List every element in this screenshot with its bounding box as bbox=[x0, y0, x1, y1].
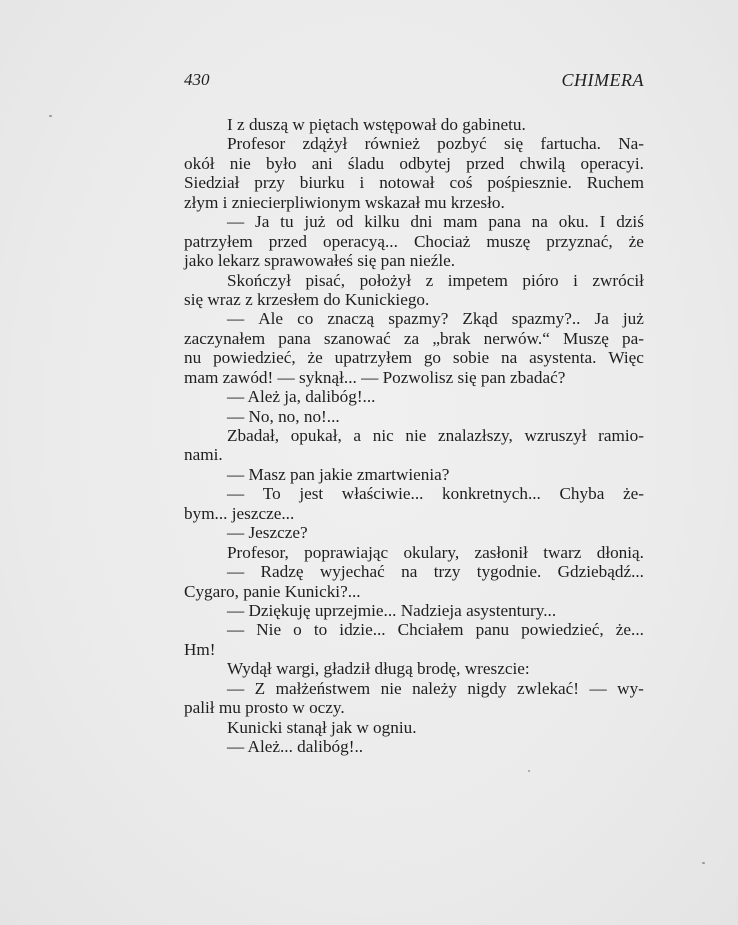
text-line-content: bym... jeszcze... bbox=[184, 504, 294, 523]
word: Gdziebądź... bbox=[558, 562, 644, 581]
word: Ja bbox=[255, 212, 269, 231]
word: Nie bbox=[256, 620, 281, 639]
word: przyznać, bbox=[546, 232, 612, 251]
word: zwrócił bbox=[592, 271, 644, 290]
text-line: się wraz z krzesłem do Kunickiego. bbox=[184, 290, 644, 309]
text-line: — Ależ ja, dalibóg!... bbox=[184, 387, 644, 406]
word: nic bbox=[373, 426, 394, 445]
word: ani bbox=[312, 154, 333, 173]
word: nu bbox=[184, 348, 201, 367]
word: co bbox=[297, 309, 313, 328]
word: Zbadał, bbox=[227, 426, 279, 445]
running-head: 430 CHIMERA bbox=[184, 70, 644, 94]
word: powiedzieć, bbox=[521, 620, 604, 639]
text-line: — Jeszcze? bbox=[184, 523, 644, 542]
paper-speck bbox=[49, 115, 52, 117]
text-line-content: Hm! bbox=[184, 640, 216, 659]
word: — bbox=[590, 679, 607, 698]
word: pana bbox=[488, 212, 520, 231]
word: na bbox=[401, 562, 417, 581]
text-line-content: — No, no, no!... bbox=[227, 407, 340, 426]
word: pośpiesznie. bbox=[487, 173, 572, 192]
word: zwlekać! bbox=[517, 679, 579, 698]
word: okół bbox=[184, 154, 215, 173]
word: Na- bbox=[618, 134, 644, 153]
text-line: Profesor,poprawiającokulary,zasłoniłtwar… bbox=[184, 543, 644, 562]
word: notował bbox=[379, 173, 434, 192]
word: Siedział bbox=[184, 173, 239, 192]
word: już bbox=[623, 309, 644, 328]
word: kilku bbox=[364, 212, 399, 231]
text-line: Profesorzdążyłrównieżpozbyćsięfartucha.N… bbox=[184, 134, 644, 153]
word: nie bbox=[381, 679, 402, 698]
word: należy bbox=[412, 679, 457, 698]
word: z bbox=[426, 271, 434, 290]
word: oku. bbox=[559, 212, 589, 231]
text-line: bym... jeszcze... bbox=[184, 504, 644, 523]
text-line: palił mu prosto w oczy. bbox=[184, 698, 644, 717]
word: za bbox=[404, 329, 419, 348]
word: a bbox=[353, 426, 361, 445]
text-line: Zbadał,opukał,anicnieznalazłszy,wzruszył… bbox=[184, 426, 644, 445]
word: — bbox=[227, 484, 244, 503]
word: zdążył bbox=[302, 134, 347, 153]
word: jest bbox=[299, 484, 323, 503]
word: twarz bbox=[543, 543, 581, 562]
text-line: Wydął wargi, gładził długą brodę, wreszc… bbox=[184, 659, 644, 678]
word: Ruchem bbox=[587, 173, 644, 192]
text-line-content: Wydął wargi, gładził długą brodę, wreszc… bbox=[227, 659, 530, 678]
word: Chciałem bbox=[398, 620, 464, 639]
word: zasłonił bbox=[474, 543, 527, 562]
word: pa- bbox=[622, 329, 644, 348]
word: że bbox=[308, 348, 323, 367]
text-line: —Jatujużodkilkudnimampananaoku.Idziś bbox=[184, 212, 644, 231]
word: Radzę bbox=[261, 562, 304, 581]
word: Profesor bbox=[227, 134, 285, 153]
text-line: nami. bbox=[184, 445, 644, 464]
word: właściwie... bbox=[342, 484, 424, 503]
word: się bbox=[504, 134, 523, 153]
word: było bbox=[266, 154, 297, 173]
word: odbytej bbox=[399, 154, 451, 173]
word: że- bbox=[623, 484, 644, 503]
word: upatrzyłem bbox=[335, 348, 412, 367]
word: dziś bbox=[616, 212, 644, 231]
text-line: Kunicki stanął jak w ogniu. bbox=[184, 718, 644, 737]
text-line-content: — Ależ... dalibóg!.. bbox=[227, 737, 363, 756]
word: sobie bbox=[453, 348, 489, 367]
word: wzruszył bbox=[524, 426, 586, 445]
text-line: nupowiedzieć,żeupatrzyłemgosobienaasyste… bbox=[184, 348, 644, 367]
word: muszę bbox=[486, 232, 530, 251]
word: tygodnie. bbox=[477, 562, 541, 581]
word: że bbox=[629, 232, 644, 251]
word: przed bbox=[466, 154, 504, 173]
word: małżeństwem bbox=[276, 679, 371, 698]
text-line: — No, no, no!... bbox=[184, 407, 644, 426]
word: i bbox=[573, 271, 578, 290]
paper-speck bbox=[702, 862, 705, 864]
word: — bbox=[227, 309, 244, 328]
word: — bbox=[227, 212, 244, 231]
word: o bbox=[293, 620, 302, 639]
word: Chyba bbox=[559, 484, 604, 503]
word: znalazłszy, bbox=[438, 426, 513, 445]
word: okulary, bbox=[403, 543, 459, 562]
word: Profesor, bbox=[227, 543, 289, 562]
word: spazmy? bbox=[388, 309, 448, 328]
text-line: I z duszą w piętach wstępował do gabinet… bbox=[184, 115, 644, 134]
word: nerwów.“ bbox=[484, 329, 550, 348]
paper-speck bbox=[528, 770, 530, 772]
word: operacyą... bbox=[323, 232, 398, 251]
word: mam bbox=[443, 212, 477, 231]
word: szanować bbox=[324, 329, 391, 348]
word: konkretnych... bbox=[442, 484, 541, 503]
word: Chociaż bbox=[414, 232, 470, 251]
text-line-content: — Jeszcze? bbox=[227, 523, 308, 542]
word: śladu bbox=[348, 154, 384, 173]
word: pióro bbox=[522, 271, 558, 290]
text-line-content: złym i zniecierpliwionym wskazał mu krze… bbox=[184, 193, 505, 212]
text-line: — Dziękuję uprzejmie... Nadzieja asysten… bbox=[184, 601, 644, 620]
text-line: —Tojestwłaściwie...konkretnych...Chybaże… bbox=[184, 484, 644, 503]
word: spazmy?.. bbox=[512, 309, 581, 328]
word: go bbox=[424, 348, 441, 367]
text-line-content: I z duszą w piętach wstępował do gabinet… bbox=[227, 115, 526, 134]
text-line: złym i zniecierpliwionym wskazał mu krze… bbox=[184, 193, 644, 212]
text-line: jako lekarz sprawowałeś się pan nieźle. bbox=[184, 251, 644, 270]
word: pisać, bbox=[305, 271, 345, 290]
word: i bbox=[360, 173, 365, 192]
word: przy bbox=[254, 173, 285, 192]
word: poprawiając bbox=[304, 543, 388, 562]
text-line-content: nami. bbox=[184, 445, 223, 464]
text-line-content: — Ależ ja, dalibóg!... bbox=[227, 387, 375, 406]
word: znaczą bbox=[327, 309, 374, 328]
text-line-content: Cygaro, panie Kunicki?... bbox=[184, 582, 361, 601]
word: coś bbox=[449, 173, 472, 192]
word: panu bbox=[476, 620, 509, 639]
text-line: Siedziałprzybiurkuinotowałcośpośpiesznie… bbox=[184, 173, 644, 192]
word: ramio- bbox=[598, 426, 644, 445]
word: — bbox=[227, 620, 244, 639]
text-line-content: palił mu prosto w oczy. bbox=[184, 698, 345, 717]
word: asystenta. bbox=[529, 348, 596, 367]
word: Zkąd bbox=[462, 309, 497, 328]
word: położył bbox=[360, 271, 412, 290]
word: wy- bbox=[617, 679, 644, 698]
word: na bbox=[501, 348, 517, 367]
word: przed bbox=[269, 232, 307, 251]
word: trzy bbox=[434, 562, 461, 581]
word: — bbox=[227, 679, 244, 698]
text-line-content: mam zawód! — syknął... — Pozwolisz się p… bbox=[184, 368, 565, 387]
word: dni bbox=[410, 212, 432, 231]
word: „brak bbox=[432, 329, 470, 348]
word: również bbox=[365, 134, 420, 153]
word: na bbox=[532, 212, 548, 231]
word: operacyi. bbox=[580, 154, 643, 173]
word: nigdy bbox=[467, 679, 506, 698]
word: opukał, bbox=[291, 426, 342, 445]
word: Z bbox=[255, 679, 266, 698]
word: pozbyć bbox=[437, 134, 487, 153]
text-line-content: jako lekarz sprawowałeś się pan nieźle. bbox=[184, 251, 455, 270]
page-number: 430 bbox=[184, 70, 210, 90]
journal-title: CHIMERA bbox=[562, 70, 644, 91]
text-line: —Zmałżeństwemnienależynigdyzwlekać!—wy- bbox=[184, 679, 644, 698]
word: idzie... bbox=[339, 620, 385, 639]
word: impetem bbox=[448, 271, 508, 290]
word: nie bbox=[230, 154, 251, 173]
word: zaczynałem bbox=[184, 329, 265, 348]
text-line: Hm! bbox=[184, 640, 644, 659]
word: powiedzieć, bbox=[213, 348, 296, 367]
word: fartucha. bbox=[540, 134, 601, 153]
text-line: Cygaro, panie Kunicki?... bbox=[184, 582, 644, 601]
word: że... bbox=[616, 620, 644, 639]
word: patrzyłem bbox=[184, 232, 253, 251]
text-line-content: — Masz pan jakie zmartwienia? bbox=[227, 465, 449, 484]
word: I bbox=[600, 212, 606, 231]
scanned-book-page: 430 CHIMERA I z duszą w piętach wstępowa… bbox=[0, 0, 738, 925]
text-line: — Ależ... dalibóg!.. bbox=[184, 737, 644, 756]
text-line-content: się wraz z krzesłem do Kunickiego. bbox=[184, 290, 429, 309]
word: Skończył bbox=[227, 271, 291, 290]
word: — bbox=[227, 562, 244, 581]
word: biurku bbox=[300, 173, 345, 192]
text-line: —Alecoznacząspazmy?Zkądspazmy?..Jajuż bbox=[184, 309, 644, 328]
text-line: zaczynałempanaszanowaćza„braknerwów.“Mus… bbox=[184, 329, 644, 348]
word: Ja bbox=[595, 309, 609, 328]
word: tu bbox=[280, 212, 293, 231]
word: Muszę bbox=[563, 329, 609, 348]
word: nie bbox=[405, 426, 426, 445]
word: już bbox=[304, 212, 325, 231]
word: pana bbox=[278, 329, 310, 348]
text-line-content: — Dziękuję uprzejmie... Nadzieja asysten… bbox=[227, 601, 556, 620]
word: chwilą bbox=[519, 154, 565, 173]
word: dłonią. bbox=[597, 543, 644, 562]
word: wyjechać bbox=[320, 562, 385, 581]
text-line: — Masz pan jakie zmartwienia? bbox=[184, 465, 644, 484]
word: Ale bbox=[258, 309, 283, 328]
text-line: —Radzęwyjechaćnatrzytygodnie.Gdziebądź..… bbox=[184, 562, 644, 581]
text-line: —Nieotoidzie...Chciałempanupowiedzieć,że… bbox=[184, 620, 644, 639]
word: Więc bbox=[608, 348, 644, 367]
text-line-content: Kunicki stanął jak w ogniu. bbox=[227, 718, 417, 737]
text-line: patrzyłemprzedoperacyą...Chociażmuszęprz… bbox=[184, 232, 644, 251]
word: od bbox=[336, 212, 353, 231]
body-text: I z duszą w piętach wstępował do gabinet… bbox=[184, 115, 644, 756]
text-line: mam zawód! — syknął... — Pozwolisz się p… bbox=[184, 368, 644, 387]
text-line: okółniebyłoaniśladuodbytejprzedchwiląope… bbox=[184, 154, 644, 173]
word: To bbox=[263, 484, 281, 503]
text-line: Skończyłpisać,położyłzimpetempióroizwróc… bbox=[184, 271, 644, 290]
word: to bbox=[314, 620, 327, 639]
